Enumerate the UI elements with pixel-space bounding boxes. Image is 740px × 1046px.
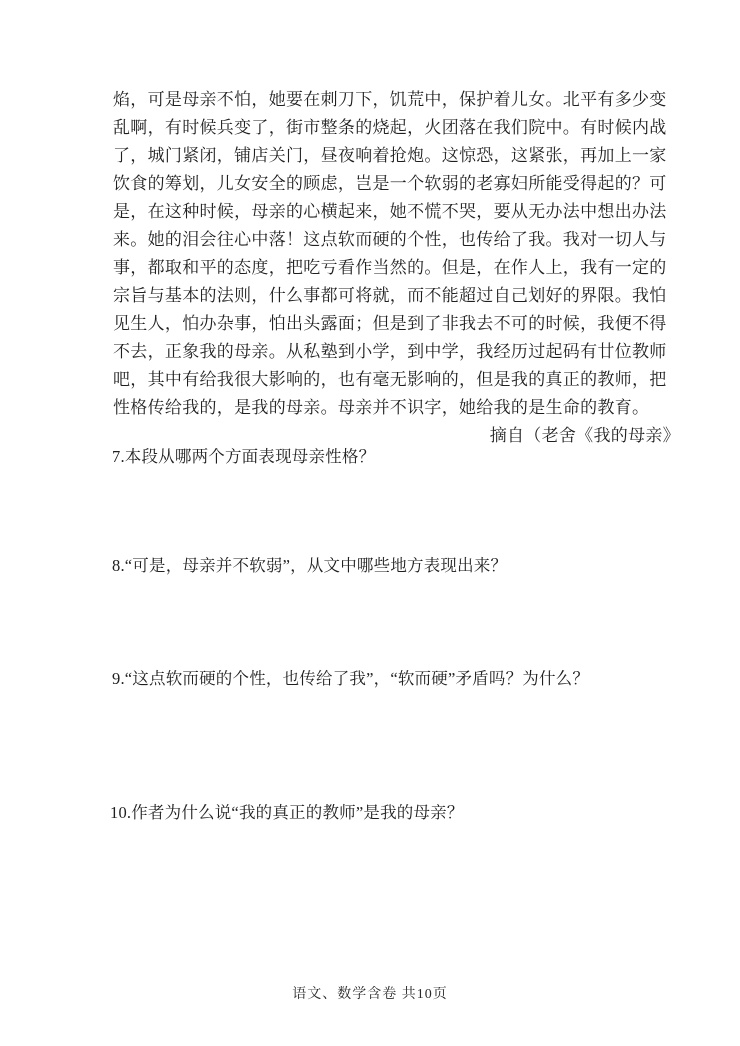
question-8: 8.“可是，母亲并不软弱”，从文中哪些地方表现出来？ (112, 555, 692, 577)
exam-page: 焰，可是母亲不怕，她要在刺刀下，饥荒中，保护着儿女。北平有多少变乱啊，有时候兵变… (0, 0, 740, 1046)
passage-line: 见生人，怕办杂事，怕出头露面；但是到了非我去不可的时候，我便不得 (113, 310, 670, 338)
passage-line: 事，都取和平的态度，把吃亏看作当然的。但是，在作人上，我有一定的 (113, 254, 670, 282)
passage-line: 焰，可是母亲不怕，她要在刺刀下，饥荒中，保护着儿女。北平有多少变 (113, 86, 670, 114)
passage-lines: 焰，可是母亲不怕，她要在刺刀下，饥荒中，保护着儿女。北平有多少变乱啊，有时候兵变… (113, 86, 670, 422)
passage: 焰，可是母亲不怕，她要在刺刀下，饥荒中，保护着儿女。北平有多少变乱啊，有时候兵变… (113, 86, 670, 450)
passage-line: 宗旨与基本的法则，什么事都可将就，而不能超过自己划好的界限。我怕 (113, 282, 670, 310)
passage-line: 性格传给我的，是我的母亲。母亲并不识字，她给我的是生命的教育。 (113, 394, 670, 422)
passage-line: 乱啊，有时候兵变了，街市整条的烧起，火团落在我们院中。有时候内战 (113, 114, 670, 142)
passage-line: 是，在这种时候，母亲的心横起来，她不慌不哭，要从无办法中想出办法 (113, 198, 670, 226)
passage-line: 吧，其中有给我很大影响的，也有毫无影响的，但是我的真正的教师，把 (113, 366, 670, 394)
question-10: 10.作者为什么说“我的真正的教师”是我的母亲？ (110, 802, 690, 824)
passage-line: 饮食的筹划，儿女安全的顾虑，岂是一个软弱的老寡妇所能受得起的？可 (113, 170, 670, 198)
passage-line: 了，城门紧闭，铺店关门，昼夜响着抢炮。这惊恐，这紧张，再加上一家 (113, 142, 670, 170)
passage-line: 来。她的泪会往心中落！这点软而硬的个性，也传给了我。我对一切人与 (113, 226, 670, 254)
page-footer: 语文、数学含卷 共10页 (0, 983, 740, 1003)
passage-line: 不去，正象我的母亲。从私塾到小学，到中学，我经历过起码有廿位教师 (113, 338, 670, 366)
question-9: 9.“这点软而硬的个性，也传给了我”，“软而硬”矛盾吗？为什么？ (112, 668, 692, 690)
question-7: 7.本段从哪两个方面表现母亲性格？ (112, 446, 692, 468)
